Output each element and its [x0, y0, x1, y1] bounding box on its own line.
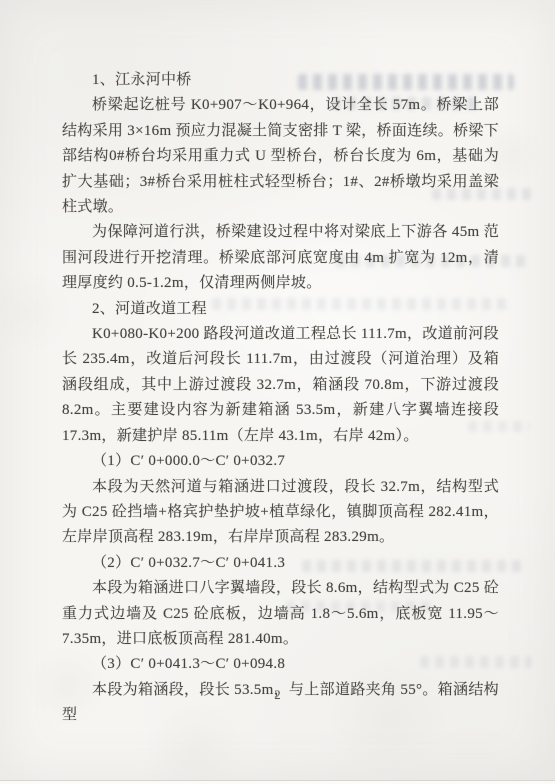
- paragraph-river-diversion: K0+080-K0+200 路段河道改道工程总长 111.7m，改道前河段长 2…: [62, 322, 499, 449]
- section-heading-river: 2、河道改道工程: [62, 297, 499, 322]
- paragraph-wing-wall-section: 本段为箱涵进口八字翼墙段，段长 8.6m，结构型式为 C25 砼重力式边墙及 C…: [62, 576, 499, 652]
- scanned-document-viewport: 1、江永河中桥 桥梁起讫桩号 K0+907～K0+964，设计全长 57m。桥梁…: [0, 0, 555, 784]
- scan-page: 1、江永河中桥 桥梁起讫桩号 K0+907～K0+964，设计全长 57m。桥梁…: [0, 0, 555, 780]
- subsection-heading-3: （3）C′ 0+041.3～C′ 0+094.8: [62, 652, 499, 677]
- subsection-heading-1: （1）C′ 0+000.0～C′ 0+032.7: [62, 449, 499, 474]
- scan-bottom-edge: [0, 780, 555, 781]
- page-number: 2: [0, 688, 555, 703]
- paragraph-culvert-section: 本段为箱涵段，段长 53.5m，与上部道路夹角 55°。箱涵结构型: [62, 678, 499, 729]
- subsection-heading-2: （2）C′ 0+032.7～C′ 0+041.3: [62, 551, 499, 576]
- document-text-block: 1、江永河中桥 桥梁起讫桩号 K0+907～K0+964，设计全长 57m。桥梁…: [62, 68, 499, 729]
- paragraph-transition-section: 本段为天然河道与箱涵进口过渡段，段长 32.7m，结构型式为 C25 砼挡墙+格…: [62, 475, 499, 551]
- paragraph-flood-clearing: 为保障河道行洪，桥梁建设过程中将对梁底上下游各 45m 范围河段进行开挖清理。桥…: [62, 220, 499, 296]
- section-heading-bridge: 1、江永河中桥: [62, 68, 499, 93]
- paragraph-bridge-structure: 桥梁起讫桩号 K0+907～K0+964，设计全长 57m。桥梁上部结构采用 3…: [62, 93, 499, 220]
